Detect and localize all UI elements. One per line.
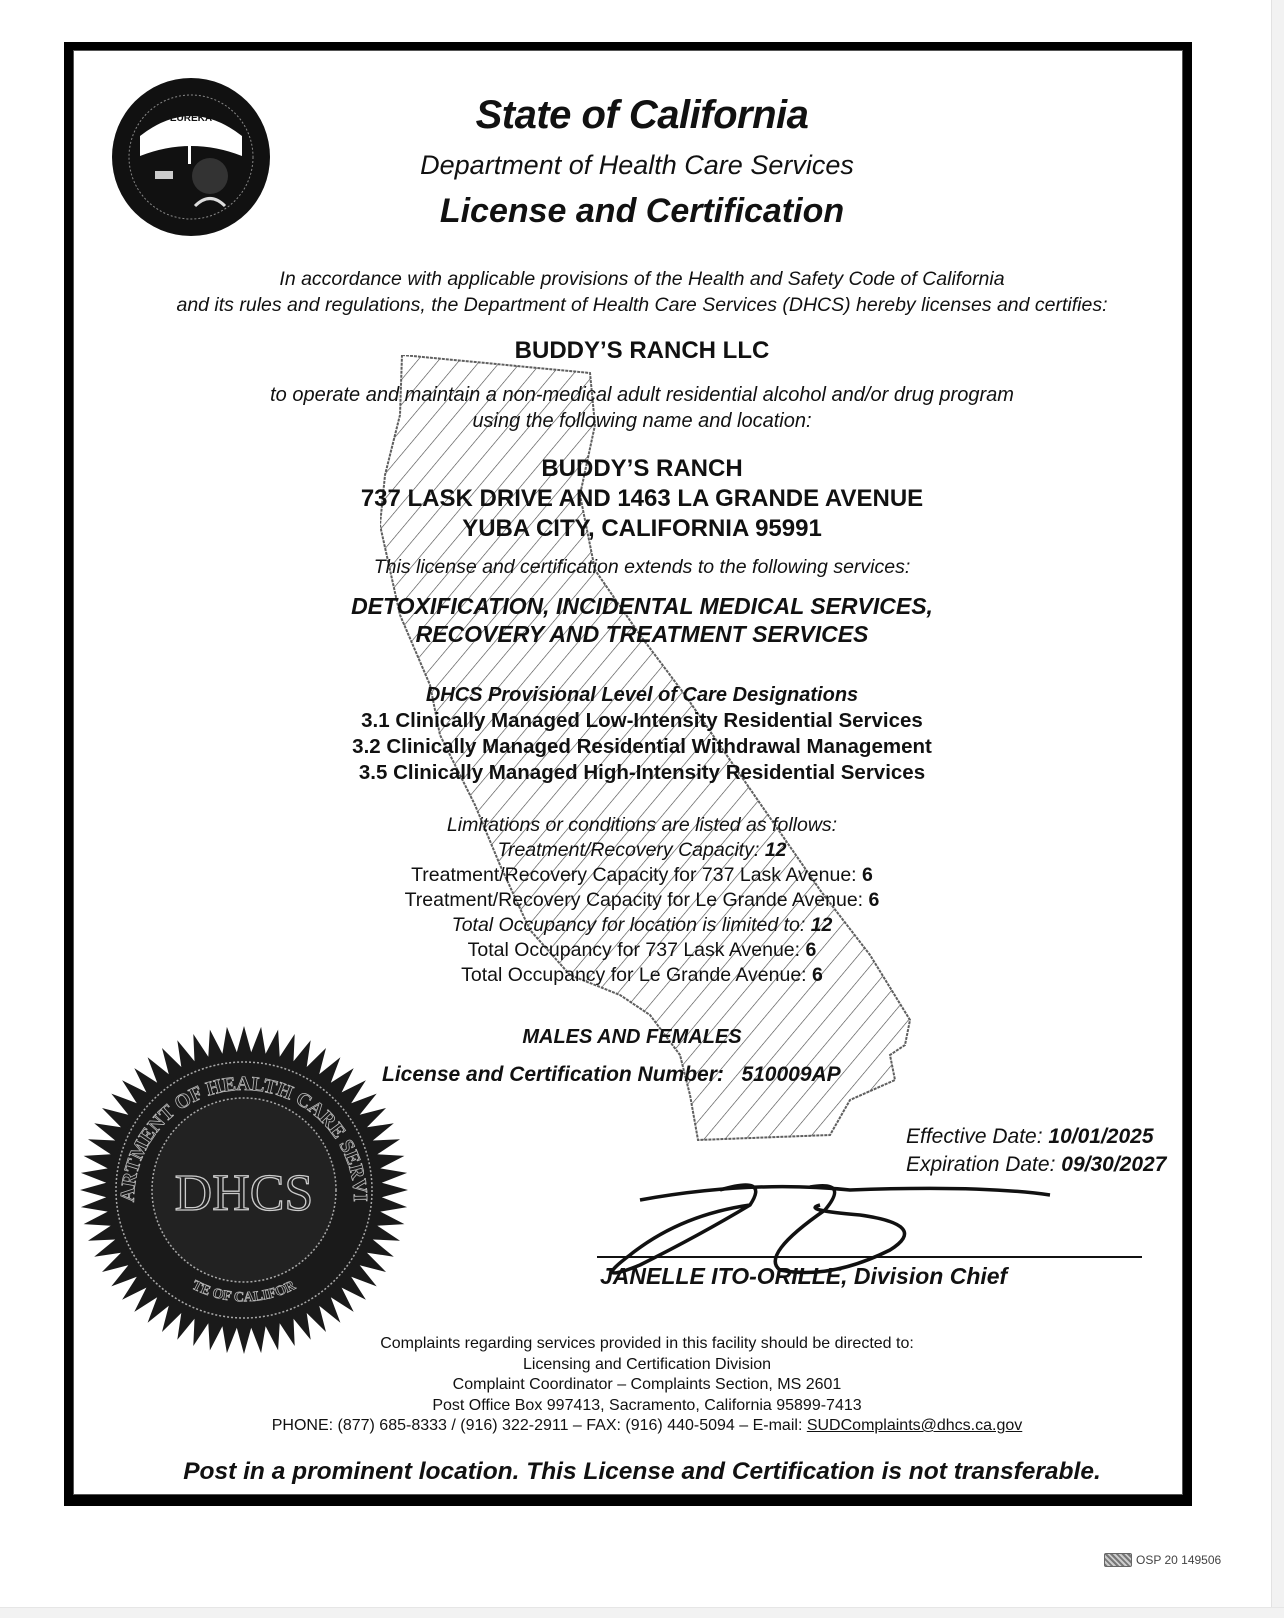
- dhcs-seal: DEPARTMENT OF HEALTH CARE SERVICES STATE…: [78, 1024, 410, 1356]
- license-number: License and Certification Number: 510009…: [382, 1063, 841, 1087]
- facility-address: 737 LASK DRIVE AND 1463 LA GRANDE AVENUE: [0, 484, 1284, 514]
- limitation-value: 6: [869, 889, 880, 911]
- effective-date: Effective Date: 10/01/2025: [906, 1123, 1166, 1151]
- expiration-date-label: Expiration Date:: [906, 1153, 1055, 1176]
- facility-block: BUDDY’S RANCH 737 LASK DRIVE AND 1463 LA…: [0, 454, 1284, 544]
- level-of-care-item: 3.1 Clinically Managed Low-Intensity Res…: [0, 708, 1284, 734]
- signer-name: JANELLE ITO-ORILLE, Division Chief: [600, 1263, 1007, 1290]
- complaints-line-1: Complaints regarding services provided i…: [10, 1334, 1284, 1355]
- expiration-date-value: 09/30/2027: [1061, 1153, 1166, 1176]
- limitation-label: Treatment/Recovery Capacity for Le Grand…: [405, 889, 869, 911]
- limitation-item: Treatment/Recovery Capacity for 737 Lask…: [0, 863, 1284, 888]
- effective-date-value: 10/01/2025: [1048, 1125, 1153, 1148]
- limitation-item: Treatment/Recovery Capacity: 12: [0, 838, 1284, 863]
- limitation-value: 12: [765, 839, 787, 861]
- level-of-care-item: 3.5 Clinically Managed High-Intensity Re…: [0, 760, 1284, 786]
- complaints-line-3: Complaint Coordinator – Complaints Secti…: [10, 1375, 1284, 1396]
- services-intro: This license and certification extends t…: [0, 556, 1284, 579]
- document-heading: License and Certification: [0, 192, 1284, 231]
- complaints-email-link[interactable]: SUDComplaints@dhcs.ca.gov: [807, 1417, 1022, 1434]
- limitation-label: Treatment/Recovery Capacity:: [497, 839, 764, 861]
- license-number-label: License and Certification Number:: [382, 1063, 724, 1086]
- services-line-2: RECOVERY AND TREATMENT SERVICES: [0, 620, 1284, 648]
- level-of-care-list: 3.1 Clinically Managed Low-Intensity Res…: [0, 708, 1284, 786]
- signature-line: [597, 1256, 1142, 1258]
- limitation-item: Total Occupancy for Le Grande Avenue: 6: [0, 963, 1284, 988]
- department-name: Department of Health Care Services: [0, 150, 1284, 181]
- intro-line-2: and its rules and regulations, the Depar…: [0, 292, 1284, 318]
- svg-text:DHCS: DHCS: [175, 1165, 314, 1222]
- limitation-value: 6: [862, 864, 873, 886]
- limitation-label: Total Occupancy for 737 Lask Avenue:: [468, 939, 806, 961]
- operate-line-2: using the following name and location:: [0, 408, 1284, 434]
- facility-name: BUDDY’S RANCH: [0, 454, 1284, 484]
- complaints-info: Complaints regarding services provided i…: [10, 1334, 1284, 1437]
- form-id: OSP 20 149506: [1104, 1553, 1221, 1567]
- limitation-item: Treatment/Recovery Capacity for Le Grand…: [0, 888, 1284, 913]
- contact-numbers: PHONE: (877) 685-8333 / (916) 322-2911 –…: [272, 1417, 807, 1434]
- page-bottom-edge: [0, 1607, 1284, 1618]
- intro-line-1: In accordance with applicable provisions…: [0, 266, 1284, 292]
- state-title: State of California: [0, 93, 1284, 138]
- complaints-contact: PHONE: (877) 685-8333 / (916) 322-2911 –…: [10, 1416, 1284, 1437]
- posting-notice: Post in a prominent location. This Licen…: [0, 1458, 1284, 1486]
- form-id-text: OSP 20 149506: [1136, 1553, 1221, 1567]
- licensee-name: BUDDY’S RANCH LLC: [0, 337, 1284, 365]
- limitation-value: 6: [806, 939, 817, 961]
- operate-statement: to operate and maintain a non-medical ad…: [0, 382, 1284, 434]
- limitation-item: Total Occupancy for location is limited …: [0, 913, 1284, 938]
- validity-dates: Effective Date: 10/01/2025 Expiration Da…: [906, 1123, 1166, 1179]
- limitation-label: Total Occupancy for location is limited …: [452, 914, 811, 936]
- barcode-icon: [1104, 1553, 1132, 1567]
- facility-city: YUBA CITY, CALIFORNIA 95991: [0, 514, 1284, 544]
- intro-paragraph: In accordance with applicable provisions…: [0, 266, 1284, 318]
- services-line-1: DETOXIFICATION, INCIDENTAL MEDICAL SERVI…: [0, 592, 1284, 620]
- level-of-care-title: DHCS Provisional Level of Care Designati…: [0, 684, 1284, 707]
- effective-date-label: Effective Date:: [906, 1125, 1043, 1148]
- limitation-value: 6: [812, 964, 823, 986]
- limitations-title: Limitations or conditions are listed as …: [0, 813, 1284, 838]
- license-number-value: 510009AP: [741, 1063, 840, 1086]
- operate-line-1: to operate and maintain a non-medical ad…: [0, 382, 1284, 408]
- limitation-label: Treatment/Recovery Capacity for 737 Lask…: [411, 864, 862, 886]
- limitations-block: Limitations or conditions are listed as …: [0, 813, 1284, 988]
- complaints-line-4: Post Office Box 997413, Sacramento, Cali…: [10, 1396, 1284, 1417]
- services-list: DETOXIFICATION, INCIDENTAL MEDICAL SERVI…: [0, 592, 1284, 648]
- limitation-value: 12: [811, 914, 833, 936]
- complaints-line-2: Licensing and Certification Division: [10, 1355, 1284, 1376]
- limitation-item: Total Occupancy for 737 Lask Avenue: 6: [0, 938, 1284, 963]
- limitation-label: Total Occupancy for Le Grande Avenue:: [461, 964, 812, 986]
- level-of-care-item: 3.2 Clinically Managed Residential Withd…: [0, 734, 1284, 760]
